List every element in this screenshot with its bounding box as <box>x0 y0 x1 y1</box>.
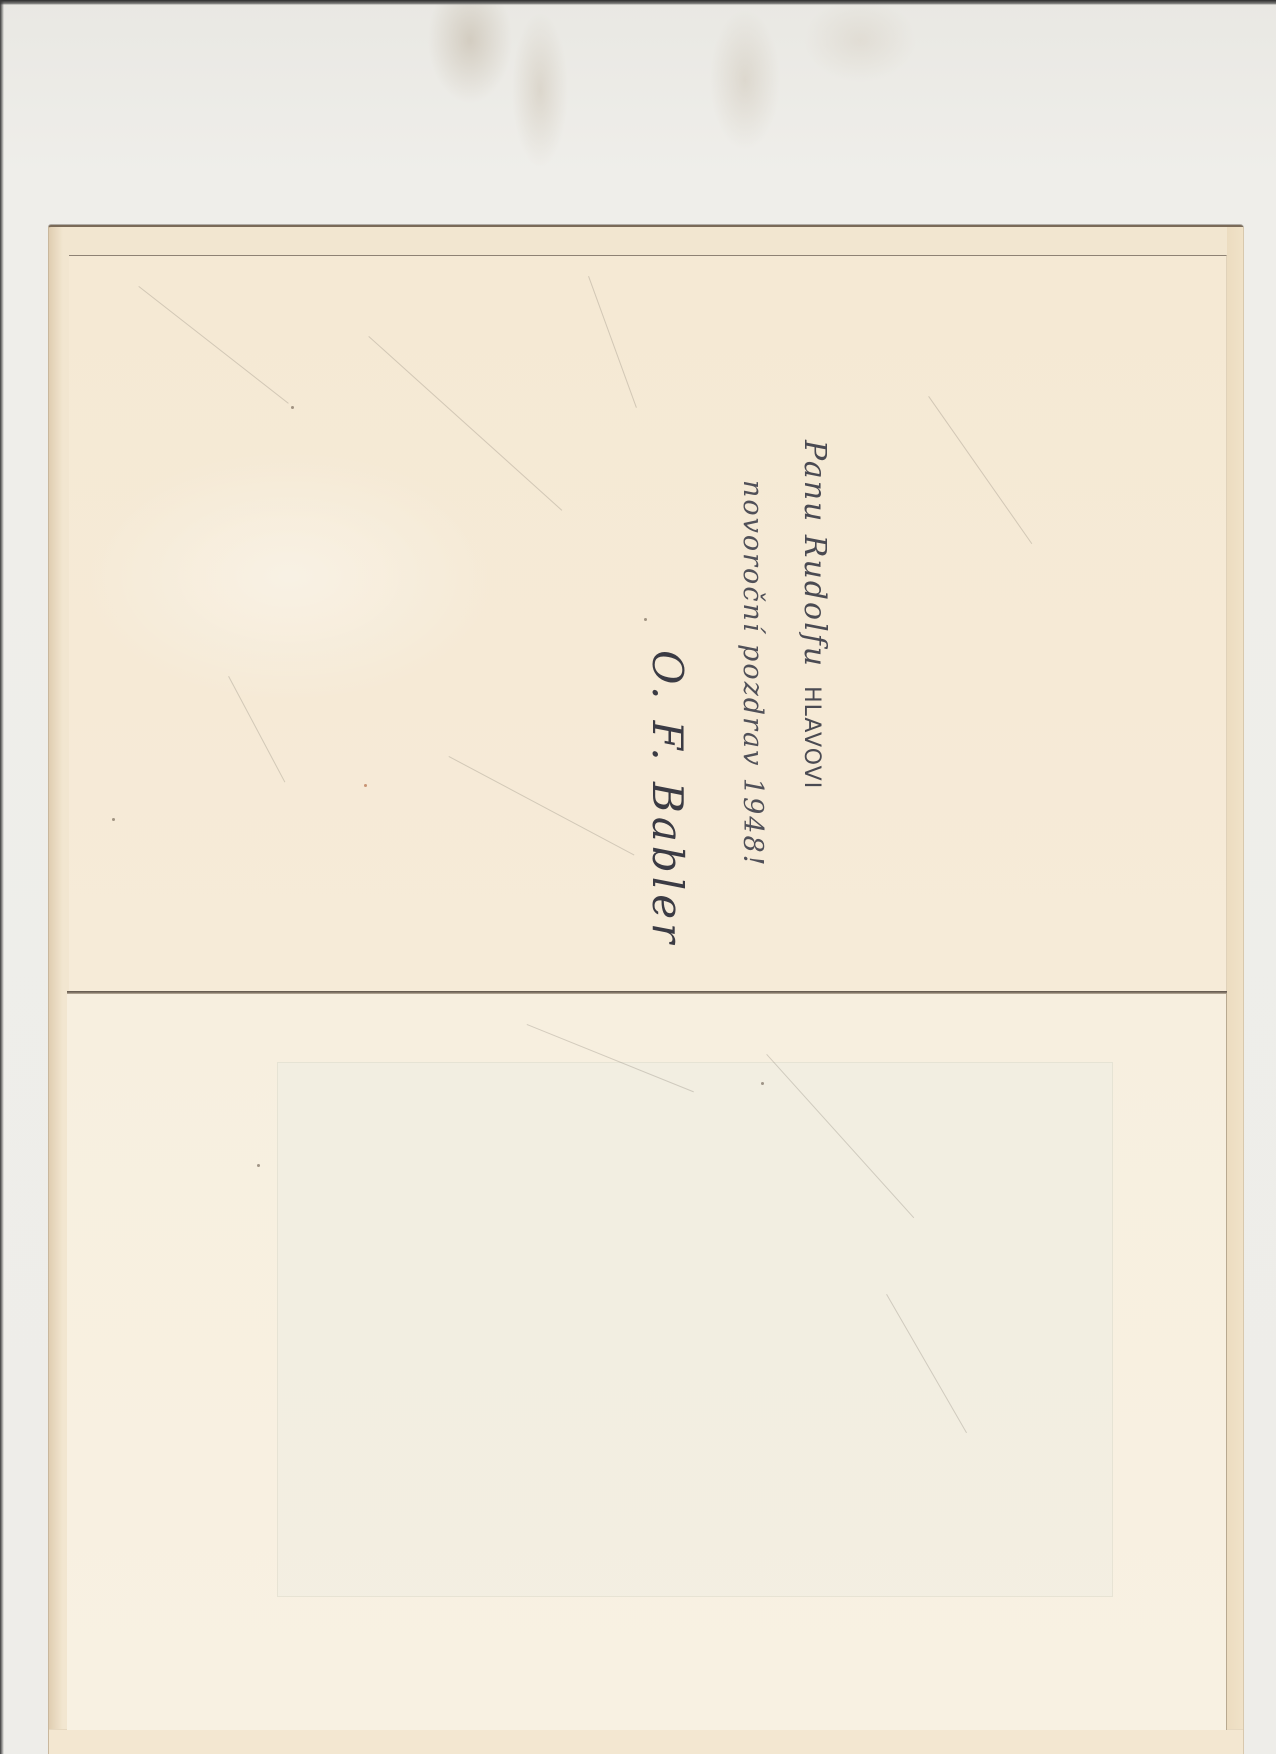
paper-scratch <box>368 336 562 511</box>
paper-speck <box>644 618 647 621</box>
recipient-name: Panu Rudolfu <box>797 440 832 668</box>
paper-scratch <box>228 676 285 782</box>
paper-speck <box>112 818 115 821</box>
greeting-card <box>48 225 1244 1754</box>
recipient-surname: HLAVOVI <box>799 686 824 789</box>
paper-speck <box>364 784 367 787</box>
inscription-greeting: novoroční pozdrav 1948! <box>737 480 768 868</box>
paper-speck <box>257 1164 260 1167</box>
paper-scratch <box>449 756 635 855</box>
inscription-recipient: Panu RudolfuHLAVOVI <box>797 440 832 789</box>
scanner-edge-top <box>0 0 1276 5</box>
paper-scratch <box>138 286 288 404</box>
paper-speck <box>291 406 294 409</box>
scanner-edge-left <box>0 0 4 1754</box>
card-lower-page <box>67 994 1227 1730</box>
card-right-flap <box>1227 227 1243 1754</box>
inscription-signature: O. F. Babler <box>643 650 692 947</box>
paper-speck <box>761 1082 764 1085</box>
paper-scratch <box>928 396 1032 544</box>
card-edge-stain <box>49 227 63 1754</box>
embossed-panel <box>277 1062 1113 1597</box>
card-bottom-flap <box>49 1729 1243 1754</box>
paper-scratch <box>588 276 637 408</box>
